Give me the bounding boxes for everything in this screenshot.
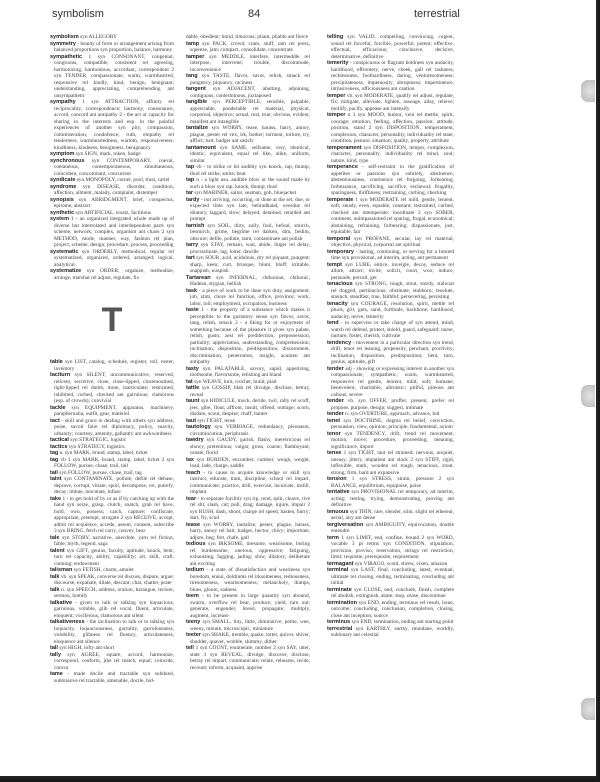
definition: 1 syn STRESS, strain, pressure 2 syn BAL… xyxy=(331,476,454,489)
headword: terminate xyxy=(327,587,352,593)
dictionary-entry: talent syn GIFT, genius, faculty, aptitu… xyxy=(50,548,174,568)
definition: syn STRATEGY, logistics xyxy=(67,444,124,450)
definition: - to cause to acquire knowledge or skill… xyxy=(190,470,310,496)
dictionary-entry: temperate 1 syn MODERATE rel mild, gentl… xyxy=(327,197,454,236)
headword: tentative xyxy=(327,489,350,495)
dictionary-entry: tang syn TASTE, flavor, savor, relish, s… xyxy=(186,73,310,86)
definition: syn FOLLOW, pursue, chase, trail, tag xyxy=(58,470,142,476)
headword: synchronous xyxy=(50,158,85,164)
headword: teem xyxy=(186,593,199,599)
headword: tame xyxy=(50,671,63,677)
headword: terminal xyxy=(327,567,348,573)
binder-hole-icon xyxy=(581,80,595,102)
headword: tasty xyxy=(186,366,199,372)
dictionary-entry: tantamount syn SAME, selfsame, very, ide… xyxy=(186,145,310,165)
running-head: symbolism 84 terrestrial xyxy=(0,8,596,24)
definition: - a state of dissatisfaction and wearine… xyxy=(190,567,310,593)
headword: tautology xyxy=(186,424,211,430)
headword: talkativeness xyxy=(50,619,85,625)
dictionary-entry: syndrome syn DISEASE, disorder, conditio… xyxy=(50,184,174,197)
dictionary-entry: termination syn END, ending, terminus re… xyxy=(327,600,454,620)
definition: syn STAY, remain, wait, abide, linger re… xyxy=(190,242,310,255)
dictionary-entry: temperament syn DISPOSITION, temper, com… xyxy=(327,145,454,165)
dictionary-entry: tease syn WORRY, tantalize, pester, plag… xyxy=(186,522,310,542)
headword: temperate xyxy=(327,197,353,203)
headword: tease xyxy=(186,522,200,528)
dictionary-entry: systematize syn ORDER, organize, methodi… xyxy=(50,268,174,281)
column-3: telling syn VALID, compelling, convincin… xyxy=(327,34,454,639)
dictionary-entry: tenuous syn THIN, rare, slender, slim, s… xyxy=(327,509,454,522)
headword: tenet xyxy=(327,418,340,424)
headword: tell xyxy=(186,645,194,651)
dictionary-entry: tardy - not arriving, occurring, or done… xyxy=(186,197,310,223)
headword: syndrome xyxy=(50,184,76,190)
definition: - to supervise or take charge of syn att… xyxy=(331,320,454,339)
headword: tactical xyxy=(50,437,69,443)
dictionary-entry: tart syn SOUR, acid, acidulous, dry rel … xyxy=(186,255,310,275)
headword: tart xyxy=(186,255,195,261)
dictionary-entry: synopsis syn ABRIDGMENT, brief, conspect… xyxy=(50,197,174,210)
headword: taste xyxy=(186,307,199,313)
definition: syn LIST, catalog, schedule, register, r… xyxy=(54,359,174,372)
definition: syn SHAKE, tremble, quake, totter, quive… xyxy=(190,632,310,645)
column-1: symbolism syn ALLEGORYsymmetry - beauty … xyxy=(50,34,174,684)
dictionary-entry: telling syn VALID, compelling, convincin… xyxy=(327,34,454,60)
headword: tang xyxy=(186,73,198,79)
dictionary-entry: symmetry - beauty of form or arrangement… xyxy=(50,41,174,54)
dictionary-entry: tale syn STORY, narrative, anecdote, yar… xyxy=(50,535,174,548)
headword: tag xyxy=(50,450,58,456)
definition: syn GOSSIP, blab rel divulge, disclose, … xyxy=(190,385,310,398)
dictionary-entry: tangent syn ADJACENT, abutting, adjoinin… xyxy=(186,86,310,99)
headword: taint xyxy=(50,476,62,482)
dictionary-entry: systematic syn ORDERLY, methodical, regu… xyxy=(50,249,174,269)
definition: - to be present in large quantity syn ab… xyxy=(190,593,310,619)
headword: temperance xyxy=(327,164,358,170)
definition: syn LURE, entice, inveigle, decoy, seduc… xyxy=(331,262,454,281)
dictionary-entry: sympathetic 1 syn CONSONANT, congenial, … xyxy=(50,54,174,100)
definition: n. syn OVERTURE, approach, advance, bid xyxy=(344,411,440,417)
dictionary-entry: tautology syn VERBIAGE, redundancy, pleo… xyxy=(186,424,310,437)
dictionary-entry: temerity - conspicuous or flagrant boldn… xyxy=(327,60,454,93)
dictionary-entry: tension 1 syn STRESS, strain, pressure 2… xyxy=(327,476,454,489)
headword: tempt xyxy=(327,262,342,268)
headword: teeter xyxy=(186,632,201,638)
headword: telling xyxy=(327,34,343,40)
dictionary-entry: tenacious syn STRONG, tough, stout, stur… xyxy=(327,281,454,301)
dictionary-entry: tamper syn MEDDLE, interfere, intermeddl… xyxy=(186,54,310,74)
definition: n. syn MARK, brand, stamp, label, ticket xyxy=(58,450,147,456)
dictionary-entry: tempt syn LURE, entice, inveigle, decoy,… xyxy=(327,262,454,282)
headword: Tartarean xyxy=(186,275,211,281)
headword: tend xyxy=(327,320,339,326)
headword: tender xyxy=(327,398,344,404)
headword: sympathy xyxy=(50,99,76,105)
dictionary-entry: tell 1 syn COUNT, enumerate, number 2 sy… xyxy=(186,645,310,671)
dictionary-entry: task - a piece of work to be done syn du… xyxy=(186,288,310,308)
headword: tantalize xyxy=(186,125,208,131)
entries-before-letter: symbolism syn ALLEGORYsymmetry - beauty … xyxy=(50,34,174,281)
headword: tally xyxy=(50,652,61,658)
dictionary-entry: talk n. syn SPEECH, address, oration, ha… xyxy=(50,587,174,600)
headword: tedious xyxy=(186,541,206,547)
dictionary-entry: tax syn BURDEN, encumber, cumber, weigh,… xyxy=(186,457,310,470)
headword: tactics xyxy=(50,444,67,450)
definition: syn WORRY, tease, harass, harry, annoy, … xyxy=(190,125,310,144)
dictionary-entry: taste 1 - the property of a substance wh… xyxy=(186,307,310,366)
definition: syn ARTIFICIAL, ersatz, factitious xyxy=(74,210,151,216)
definition: syn MEDDLE, interfere, intermeddle rel i… xyxy=(190,54,310,73)
headword: temporary xyxy=(327,249,354,255)
definition: syn ADJACENT, abutting, adjoining, conti… xyxy=(190,86,310,99)
headword: tendency xyxy=(327,340,351,346)
definition: syn RIDICULE, mock, deride, twit, rally … xyxy=(190,398,310,417)
definition: syn BURDEN, encumber, cumber, weigh, wei… xyxy=(190,457,310,470)
dictionary-entry: taint syn CONTAMINATE, pollute, defile r… xyxy=(50,476,174,496)
dictionary-entry: tawdry syn GAUDY, garish, flashy, meretr… xyxy=(186,437,310,457)
definition: syn WEAVE, knit, crochet, braid, plait xyxy=(193,379,277,385)
definition: syn VALID, compelling, convincing, cogen… xyxy=(331,34,454,60)
definition: syn GAUDY, garish, flashy, meretricious … xyxy=(190,437,310,456)
definition: 1 - an organized integrated whole made u… xyxy=(54,216,174,248)
definition: syn VIRAGO, scold, shrew, vixen, amazon xyxy=(354,561,448,567)
headword: tantamount xyxy=(186,145,216,151)
definition: 1 syn COUNT, enumerate, number 2 syn SAY… xyxy=(190,645,310,671)
dictionary-entry: teem - to be present in large quantity s… xyxy=(186,593,310,619)
definition: - made docile and tractable syn subdued,… xyxy=(54,671,174,684)
headword: tamper xyxy=(186,54,204,60)
headword: tender xyxy=(327,411,344,417)
binder-hole-icon xyxy=(581,698,595,720)
definition: vb 1 syn MARK, brand, stamp, label, tick… xyxy=(54,457,174,470)
headword: temperament xyxy=(327,145,362,151)
headword: system xyxy=(50,216,69,222)
dictionary-entry: taunt syn RIDICULE, mock, deride, twit, … xyxy=(186,398,310,418)
headword: termagant xyxy=(327,561,354,567)
dictionary-entry: tender adj - showing or expressing inter… xyxy=(327,366,454,399)
headword: terrestrial xyxy=(327,626,352,632)
headword: teach xyxy=(186,470,200,476)
headword: sympathetic xyxy=(50,54,82,60)
dictionary-entry: tame - made docile and tractable syn sub… xyxy=(50,671,174,684)
dictionary-entry: tarry syn STAY, remain, wait, abide, lin… xyxy=(186,242,310,255)
headword: talent xyxy=(50,548,65,554)
definition: vb. syn SPEAK, converse rel discuss, dis… xyxy=(54,574,174,587)
dictionary-entry: tap n - a light usu. audible blow or the… xyxy=(186,177,310,190)
headword: teeny xyxy=(186,619,200,625)
headword: tall xyxy=(50,645,58,651)
headword: tangent xyxy=(186,86,206,92)
dictionary-entry: tattle syn GOSSIP, blab rel divulge, dis… xyxy=(186,385,310,398)
headword: syndicate xyxy=(50,177,75,183)
dictionary-entry: temporal syn PROFANE, secular, lay rel m… xyxy=(327,236,454,249)
definition: syn TASTE, flavor, savor, relish, smack … xyxy=(190,73,310,86)
definition: syn IRKSOME, tiresome, wearisome, boring… xyxy=(190,541,310,567)
dictionary-entry: synchronous syn CONTEMPORARY, coeval, co… xyxy=(50,158,174,178)
definition: syn PACK, crowd, cram, stuff, ram rel pr… xyxy=(190,41,310,54)
definition: syn EQUIPMENT, apparatus, machinery, par… xyxy=(54,405,174,418)
dictionary-entry: tedious syn IRKSOME, tiresome, wearisome… xyxy=(186,541,310,567)
definition: n - a light usu. audible blow or the sou… xyxy=(190,177,310,190)
headword: tattle xyxy=(186,385,199,391)
headword: taunt xyxy=(186,398,199,404)
dictionary-entry: tentative syn PROVISIONAL rel temporary,… xyxy=(327,489,454,509)
headword: tergiversation xyxy=(327,522,363,528)
definition: 1 syn MODERATE rel mild, gentle, lenient… xyxy=(331,197,454,236)
guide-word-right: terrestrial xyxy=(414,8,460,20)
headword: tenacious xyxy=(327,281,353,287)
headword: tap xyxy=(186,164,194,170)
definition: syn LAST, final, concluding, latest, eve… xyxy=(331,567,454,586)
headword: temper xyxy=(327,93,345,99)
headword: tap xyxy=(186,177,194,183)
definition: vb. syn OFFER, proffer, present, prefer … xyxy=(331,398,454,411)
dictionary-entry: tackle syn EQUIPMENT, apparatus, machine… xyxy=(50,405,174,418)
headword: tact xyxy=(50,418,60,424)
dictionary-entry: take 1 - to get hold of by or as if by c… xyxy=(50,496,174,535)
dictionary-entry: tedium - a state of dissatisfaction and … xyxy=(186,567,310,593)
definition: dable, obedient; timid, timorous; pliant… xyxy=(186,34,308,40)
definition: syn PROFANE, secular, lay rel material, … xyxy=(331,236,454,249)
dictionary-entry: tasty syn PALATABLE, savory, sapid, appe… xyxy=(186,366,310,379)
dictionary-entry: tarnish syn SOIL, dirty, sully, foul, be… xyxy=(186,223,310,243)
headword: terminus xyxy=(327,619,350,625)
definition: syn SMALL, tiny, little, diminutive, pet… xyxy=(190,619,310,632)
definition: syn HIGH, lofty ant short xyxy=(58,645,114,651)
definition: syn SIGN, mark, token, badge xyxy=(74,151,140,157)
definition: syn DOCTRINE, dogma rel belief, convicti… xyxy=(331,418,454,431)
headword: tax xyxy=(186,457,194,463)
guide-word-left: symbolism xyxy=(52,8,104,20)
definition: 1 - the property of a substance which ma… xyxy=(190,307,310,365)
headword: tawdry xyxy=(186,437,204,443)
headword: tarnish xyxy=(186,223,204,229)
dictionary-entry: terminate syn CLOSE, end, conclude, fini… xyxy=(327,587,454,600)
dictionary-entry: tap vb - to strike or hit audibly syn kn… xyxy=(186,164,310,177)
headword: tenuous xyxy=(327,509,348,515)
headword: tear xyxy=(186,496,196,502)
entries-after-letter: table syn LIST, catalog, schedule, regis… xyxy=(50,359,174,684)
definition: syn ALLEGORY xyxy=(79,34,117,40)
definition: syn MONOPOLY, corner, pool, trust, carte… xyxy=(75,177,169,183)
headword: tense xyxy=(327,450,341,456)
definition: syn TENDENCY, drift, trend rel movement,… xyxy=(331,431,454,450)
definition: adj - showing or expressing interest in … xyxy=(331,366,454,398)
headword: table xyxy=(50,359,63,365)
headword: taut xyxy=(186,418,196,424)
headword: talkative xyxy=(50,600,72,606)
headword: tail xyxy=(50,470,58,476)
definition: syn MARINER, sailor, seaman, gob, blueja… xyxy=(193,190,296,196)
definition: syn THIN, rare, slender, slim, slight re… xyxy=(331,509,454,522)
headword: temper xyxy=(327,112,345,118)
headword: tedium xyxy=(186,567,204,573)
definition: syn SOUR, acid, acidulous, dry rel piqua… xyxy=(190,255,310,274)
dictionary-entry: taciturn syn SILENT, uncommunicative, re… xyxy=(50,372,174,405)
definition: vb. syn MODERATE, qualify rel adjust, re… xyxy=(331,93,454,112)
headword: symptom xyxy=(50,151,74,157)
headword: tenor xyxy=(327,431,341,437)
definition: syn SOIL, dirty, sully, foul, befoul, sm… xyxy=(190,223,310,242)
dictionary-entry: tend - to supervise or take charge of sy… xyxy=(327,320,454,340)
dictionary-entry: term 1 syn LIMIT, end, confine, bound 2 … xyxy=(327,535,454,561)
dictionary-entry: tact - skill and grace in dealing with o… xyxy=(50,418,174,438)
dictionary-entry: talkativeness - the inclination to talk … xyxy=(50,619,174,645)
dictionary-entry: tamp syn PACK, crowd, cram, stuff, ram r… xyxy=(186,41,310,54)
headword: tackle xyxy=(50,405,66,411)
dictionary-entry: temper vb. syn MODERATE, qualify rel adj… xyxy=(327,93,454,113)
headword: systematic xyxy=(50,249,78,255)
definition: syn PROVISIONAL rel temporary, ad interi… xyxy=(331,489,454,508)
definition: syn WORRY, tantalize, pester, plague, ha… xyxy=(190,522,310,541)
headword: tension xyxy=(327,476,347,482)
definition: syn STRATEGIC, logistic xyxy=(69,437,126,443)
definition: 1 syn CONSONANT, congenial, congruous, c… xyxy=(54,54,174,99)
dictionary-entry: system 1 - an organized integrated whole… xyxy=(50,216,174,249)
definition: syn SILENT, uncommunicative, reserved, r… xyxy=(54,372,174,404)
headword: termination xyxy=(327,600,357,606)
definition: 1 syn TIGHT, taut rel strained; nervous,… xyxy=(331,450,454,476)
definition: - conspicuous or flagrant boldness syn a… xyxy=(331,60,454,92)
dictionary-entry: talk vb. syn SPEAK, converse rel discuss… xyxy=(50,574,174,587)
dictionary-entry: sympathy 1 syn ATTRACTION, affinity rel … xyxy=(50,99,174,151)
headword: term xyxy=(327,535,339,541)
definition: - not arriving, occurring, or done at th… xyxy=(190,197,310,223)
headword: symmetry xyxy=(50,41,76,47)
dictionary-entry: tear - to separate forcibly syn rip, ren… xyxy=(186,496,310,522)
headword: tender xyxy=(327,366,344,372)
definition: - given to talk or talking syn loquaciou… xyxy=(54,600,174,619)
dictionary-entry: tendency - movement in a particular dire… xyxy=(327,340,454,366)
headword: tag xyxy=(50,457,58,463)
headword: tarry xyxy=(186,242,198,248)
dictionary-entry: tangible syn PERCEPTIBLE, sensible, palp… xyxy=(186,99,310,125)
dictionary-entry: tenacity syn COURAGE, resolution, spirit… xyxy=(327,301,454,321)
headword: take xyxy=(50,496,61,502)
headword: synopsis xyxy=(50,197,74,203)
dictionary-entry: tantalize syn WORRY, tease, harass, harr… xyxy=(186,125,310,145)
headword: tat xyxy=(186,379,193,385)
headword: systematize xyxy=(50,268,81,274)
dictionary-entry: tenor syn TENDENCY, drift, trend rel mov… xyxy=(327,431,454,451)
dictionary-entry: tag vb 1 syn MARK, brand, stamp, label, … xyxy=(50,457,174,470)
column-2: dable, obedient; timid, timorous; pliant… xyxy=(186,34,310,671)
dictionary-entry: tally syn AGREE, square, accord, harmoni… xyxy=(50,652,174,672)
dictionary-entry: Tartarean syn INFERNAL, chthonian, chtho… xyxy=(186,275,310,288)
definition: syn PERCEPTIBLE, sensible, palpable, app… xyxy=(190,99,310,125)
dictionary-entry: tense 1 syn TIGHT, taut rel strained; ne… xyxy=(327,450,454,476)
dictionary-entry: temperance - self-restraint in the grati… xyxy=(327,164,454,197)
definition: - to separate forcibly syn rip, rend, sp… xyxy=(190,496,310,522)
definition: syn PALATABLE, savory, sapid, appetizing… xyxy=(190,366,310,379)
headword: symbolism xyxy=(50,34,79,40)
headword: synthetic xyxy=(50,210,74,216)
definition: - a piece of work to be done syn duty, a… xyxy=(190,288,310,307)
dictionary-entry: terminal syn LAST, final, concluding, la… xyxy=(327,567,454,587)
binder-hole-icon xyxy=(581,385,595,407)
definition: 1 syn LIMIT, end, confine, bound 2 syn W… xyxy=(331,535,454,561)
definition: syn STORY, narrative, anecdote, yarn rel… xyxy=(54,535,174,548)
definition: n. syn SPEECH, address, oration, harangu… xyxy=(54,587,174,600)
dictionary-entry: tenet syn DOCTRINE, dogma rel belief, co… xyxy=(327,418,454,431)
dictionary-entry: teeter syn SHAKE, tremble, quake, totter… xyxy=(186,632,310,645)
definition: syn TIGHT, tense xyxy=(196,418,235,424)
dictionary-entry: tender vb. syn OFFER, proffer, present, … xyxy=(327,398,454,411)
dictionary-page: symbolism 84 terrestrial symbolism syn A… xyxy=(0,0,598,779)
headword: task xyxy=(186,288,197,294)
headword: tar xyxy=(186,190,193,196)
definition: syn AGREE, square, accord, harmonize, co… xyxy=(54,652,174,671)
page-number: 84 xyxy=(248,8,260,20)
dictionary-entry: temper n 1 syn MOOD, humor, vein rel met… xyxy=(327,112,454,145)
headword: tenacity xyxy=(327,301,348,307)
definition: n 1 syn MOOD, humor, vein rel mettle, sp… xyxy=(331,112,454,144)
headword: taciturn xyxy=(50,372,70,378)
definition: 1 syn ATTRACTION, affinity rel reciproca… xyxy=(54,99,174,151)
definition: - skill and grace in dealing with others… xyxy=(54,418,174,437)
definition: vb - to strike or hit audibly syn knock,… xyxy=(190,164,310,177)
dictionary-entry: terrestrial syn EARTHLY, earthy, mundane… xyxy=(327,626,454,639)
section-letter: T xyxy=(50,287,174,353)
dictionary-entry: tergiversation syn AMBIGUITY, equivocati… xyxy=(327,522,454,535)
dictionary-entry: teach - to cause to acquire knowledge or… xyxy=(186,470,310,496)
headword: temporal xyxy=(327,236,350,242)
headword: tangible xyxy=(186,99,207,105)
headword: tardy xyxy=(186,197,199,203)
headword: talisman xyxy=(50,567,72,573)
definition: 1 - to get hold of by or as if by catchi… xyxy=(54,496,174,535)
definition: syn FETISH, charm, amulet xyxy=(72,567,133,573)
dictionary-entry: temporary - lasting, continuing, or serv… xyxy=(327,249,454,262)
definition: syn CONTAMINATE, pollute, defile rel deb… xyxy=(54,476,174,495)
definition: syn COURAGE, resolution, spirit, mettle … xyxy=(331,301,454,320)
definition: syn END, termination, ending ant startin… xyxy=(350,619,453,625)
definition: syn GIFT, genius, faculty, aptitude, kna… xyxy=(54,548,174,567)
headword: tamp xyxy=(186,41,199,47)
dictionary-entry: teeny syn SMALL, tiny, little, diminutiv… xyxy=(186,619,310,632)
dictionary-entry: table syn LIST, catalog, schedule, regis… xyxy=(50,359,174,372)
dictionary-entry: talkative - given to talk or talking syn… xyxy=(50,600,174,620)
headword: temerity xyxy=(327,60,348,66)
